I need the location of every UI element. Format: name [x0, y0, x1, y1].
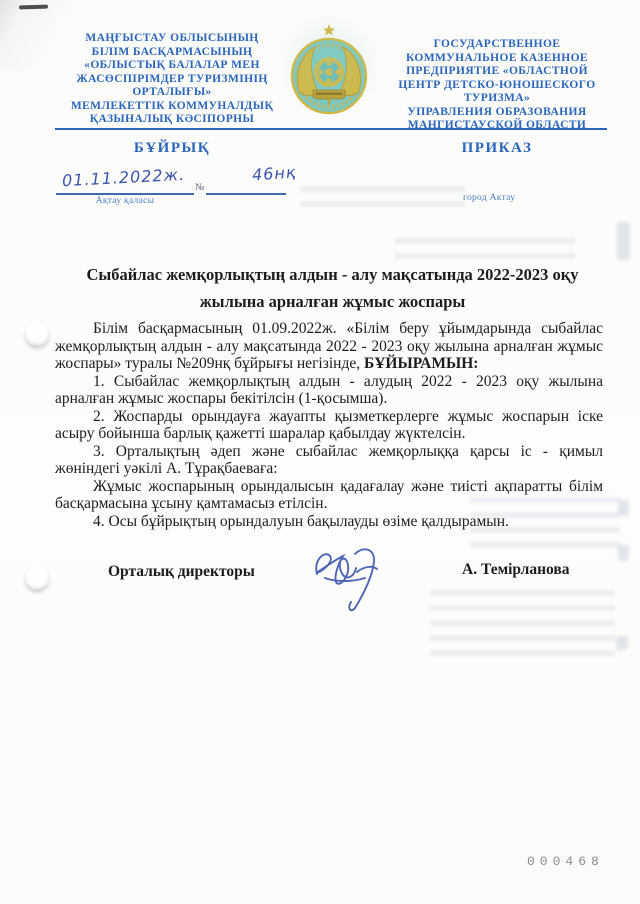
bleed-through-artifact	[300, 186, 465, 216]
body-paragraph-item-3: 3. Орталықтың әдеп және сыбайлас жемқорл…	[55, 443, 603, 478]
org-name-line: БІЛІМ БАСҚАРМАСЫНЫҢ	[52, 46, 292, 60]
body-paragraph-item-2: 2. Жоспарды орындауға жауапты қызметкерл…	[55, 408, 603, 443]
bleed-through-artifact	[430, 590, 615, 660]
org-name-line: ҚАЗЫНАЛЫҚ КӘСІПОРНЫ	[52, 113, 292, 127]
org-name-line: ЖАСӨСПІРІМДЕР ТУРИЗМІНІҢ	[52, 73, 292, 87]
order-verb-bold: БҰЙЫРАМЫН:	[364, 355, 478, 372]
handwritten-date: 01.11.2022ж.	[62, 165, 186, 190]
body-paragraph-item-1: 1. Сыбайлас жемқорлықтың алдын - алудың …	[55, 373, 603, 408]
org-name-line: МАҢҒЫСТАУ ОБЛЫСЫНЫҢ	[52, 32, 292, 46]
place-label-russian: город Актау	[463, 193, 515, 203]
body-paragraph-item-4: 4. Осы бұйрықтың орындалуын бақылауды өз…	[55, 513, 603, 531]
staple-mark	[19, 5, 48, 10]
header-divider-line	[55, 128, 607, 130]
registration-stamp-number: 000468	[527, 854, 604, 869]
document-body: Білім басқармасының 01.09.2022ж. «Білім …	[55, 320, 603, 530]
date-underline	[56, 193, 194, 195]
org-name-line: КОММУНАЛЬНОЕ КАЗЕННОЕ	[382, 52, 612, 66]
body-paragraph-preamble: Білім басқармасының 01.09.2022ж. «Білім …	[55, 320, 603, 373]
org-name-line: МАНГИСТАУСКОЙ ОБЛАСТИ	[382, 119, 612, 133]
bleed-through-artifact	[616, 636, 628, 650]
org-name-line: ЦЕНТР ДЕТСКО-ЮНОШЕСКОГО	[382, 79, 612, 93]
order-heading-russian: ПРИКАЗ	[382, 140, 612, 157]
org-name-russian: ГОСУДАРСТВЕННОЕ КОММУНАЛЬНОЕ КАЗЕННОЕ ПР…	[382, 38, 612, 133]
scanned-order-document: МАҢҒЫСТАУ ОБЛЫСЫНЫҢ БІЛІМ БАСҚАРМАСЫНЫҢ …	[0, 0, 640, 904]
bleed-through-artifact	[618, 545, 629, 561]
bleed-through-artifact	[618, 500, 629, 516]
kazakhstan-emblem-icon	[289, 22, 369, 118]
emblem-background-tint	[283, 16, 375, 124]
org-name-line: ОРТАЛЫҒЫ»	[52, 86, 292, 100]
org-name-line: ПРЕДПРИЯТИЕ «ОБЛАСТНОЙ	[382, 65, 612, 79]
hole-punch	[24, 320, 50, 346]
document-title: Сыбайлас жемқорлықтың алдын - алу мақсат…	[60, 261, 605, 315]
org-name-kazakh: МАҢҒЫСТАУ ОБЛЫСЫНЫҢ БІЛІМ БАСҚАРМАСЫНЫҢ …	[52, 32, 292, 127]
org-name-line: ТУРИЗМА»	[382, 92, 612, 106]
number-sign-label: №	[195, 182, 205, 193]
place-label-kazakh: Ақтау қаласы	[56, 196, 194, 206]
preamble-text: Білім басқармасының 01.09.2022ж. «Білім …	[55, 320, 603, 372]
body-paragraph-item-3-sub: Жұмыс жоспарының орындалысын қадағалау ж…	[55, 478, 603, 513]
signer-name: А. Темірланова	[462, 561, 570, 579]
org-name-line: УПРАВЛЕНИЯ ОБРАЗОВАНИЯ	[382, 106, 612, 120]
org-name-line: ГОСУДАРСТВЕННОЕ	[382, 38, 612, 52]
bleed-through-artifact	[617, 222, 630, 260]
order-heading-kazakh: БҰЙРЫҚ	[52, 140, 292, 157]
org-name-line: «ОБЛЫСТЫҚ БАЛАЛАР МЕН	[52, 59, 292, 73]
hole-punch	[24, 564, 50, 590]
signer-role: Орталық директоры	[108, 563, 255, 581]
org-name-line: МЕМЛЕКЕТТІК КОММУНАЛДЫҚ	[52, 100, 292, 114]
handwritten-order-number: 46нқ	[251, 162, 297, 184]
handwritten-signature-icon	[305, 540, 400, 615]
number-underline	[206, 193, 286, 195]
